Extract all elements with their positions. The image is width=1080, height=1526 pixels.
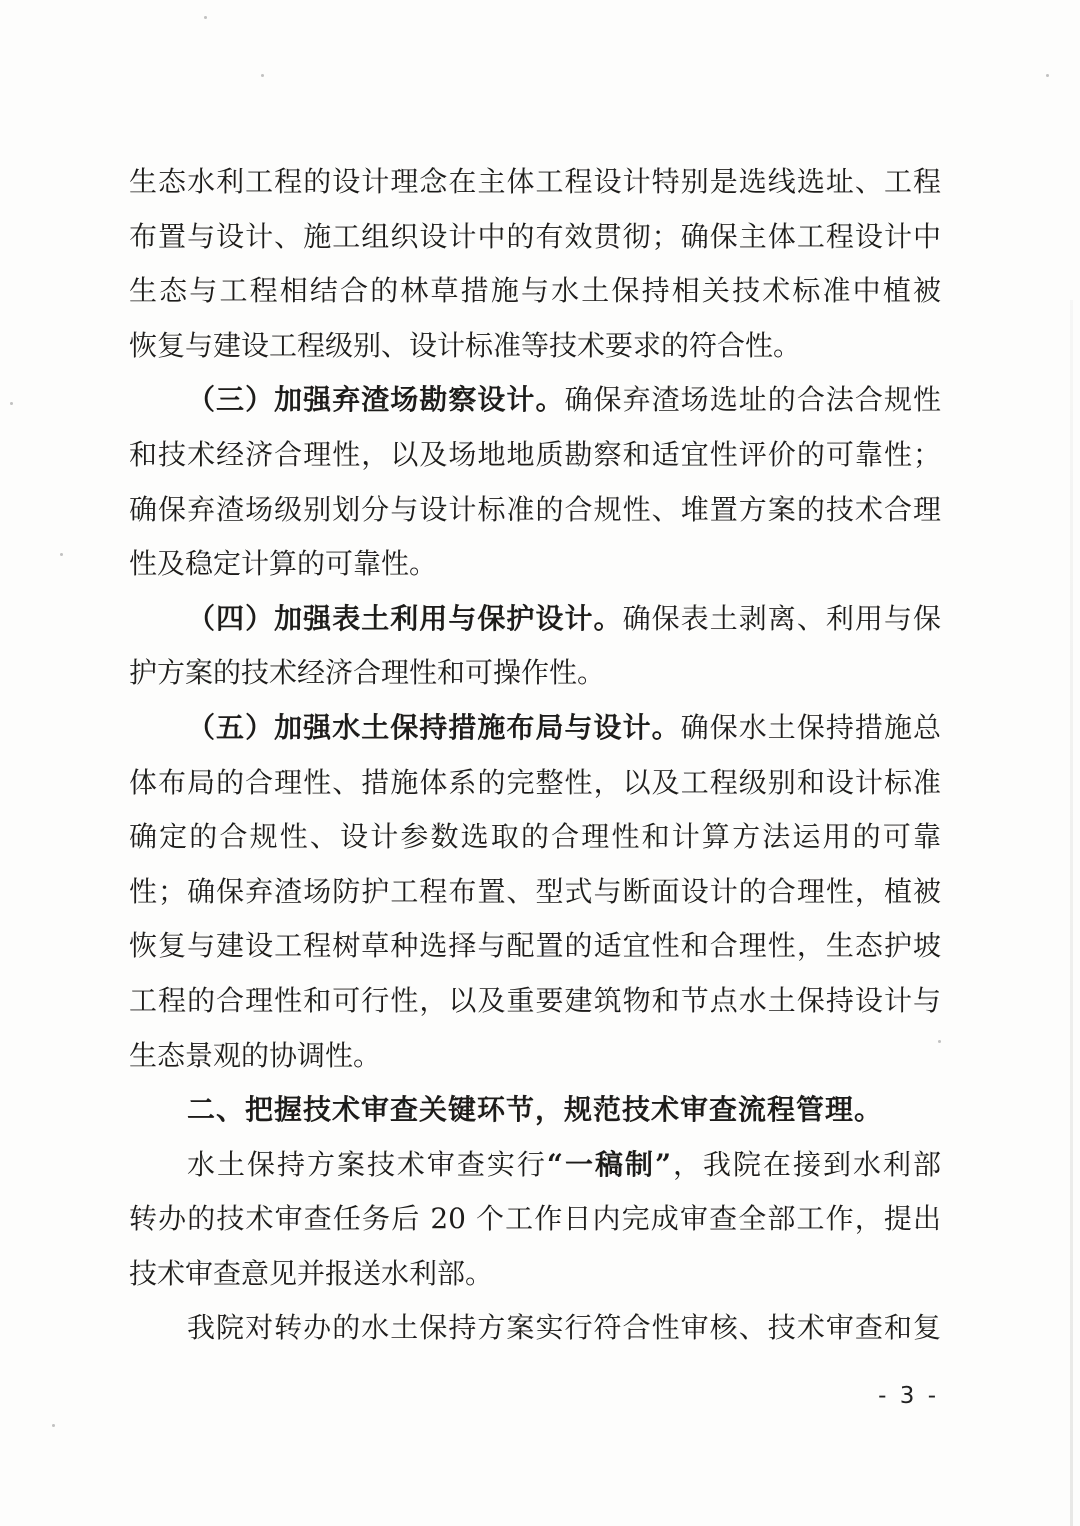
scan-speck — [204, 16, 207, 19]
text-segment: 确保表土剥离、利用与保 — [623, 602, 941, 635]
text-segment: 确定的合规性、设计参数选取的合理性和计算方法运用的可靠 — [129, 820, 941, 853]
scan-speck — [10, 402, 13, 405]
doc-line: 确保弃渣场级别划分与设计标准的合规性、堆置方案的技术合理 — [129, 483, 941, 538]
doc-line: 性及稳定计算的可靠性。 — [129, 537, 941, 592]
doc-line: （五）加强水土保持措施布局与设计。确保水土保持措施总 — [129, 701, 941, 756]
doc-line: 恢复与建设工程级别、设计标准等技术要求的符合性。 — [129, 319, 941, 374]
text-segment: 生态景观的协调性。 — [129, 1039, 381, 1072]
text-segment: 生态与工程相结合的林草措施与水土保持相关技术标准中植被 — [129, 274, 941, 307]
scan-speck — [1046, 74, 1049, 77]
heading-item-4: （四）加强表土利用与保护设计。 — [187, 602, 623, 635]
doc-line: 生态景观的协调性。 — [129, 1029, 941, 1084]
heading-item-3: （三）加强弃渣场勘察设计。 — [187, 383, 565, 416]
doc-line: 确定的合规性、设计参数选取的合理性和计算方法运用的可靠 — [129, 810, 941, 865]
text-segment: 护方案的技术经济合理性和可操作性。 — [129, 656, 605, 689]
text-segment: 确保弃渣场选址的合法合规性 — [565, 383, 941, 416]
doc-line: 和技术经济合理性，以及场地地质勘察和适宜性评价的可靠性； — [129, 428, 941, 483]
doc-line: （四）加强表土利用与保护设计。确保表土剥离、利用与保 — [129, 592, 941, 647]
doc-line: 技术审查意见并报送水利部。 — [129, 1247, 941, 1302]
doc-line: 二、把握技术审查关键环节，规范技术审查流程管理。 — [129, 1083, 941, 1138]
text-segment: 性；确保弃渣场防护工程布置、型式与断面设计的合理性，植被 — [129, 875, 941, 908]
scan-speck — [60, 553, 63, 556]
document-page: { "page": { "number": "- 3 -" }, "doc": … — [0, 0, 1080, 1526]
doc-line: 转办的技术审查任务后 20 个工作日内完成审查全部工作，提出 — [129, 1192, 941, 1247]
document-body: 生态水利工程的设计理念在主体工程设计特别是选线选址、工程 布置与设计、施工组织设… — [129, 155, 941, 1356]
text-segment: 布置与设计、施工组织设计中的有效贯彻；确保主体工程设计中 — [129, 220, 941, 253]
heading-item-5: （五）加强水土保持措施布局与设计。 — [187, 711, 681, 744]
text-segment: 生态水利工程的设计理念在主体工程设计特别是选线选址、工程 — [129, 165, 941, 198]
scan-speck — [938, 1040, 941, 1043]
doc-line: 我院对转办的水土保持方案实行符合性审核、技术审查和复 — [129, 1301, 941, 1356]
doc-line: 工程的合理性和可行性，以及重要建筑物和节点水土保持设计与 — [129, 974, 941, 1029]
heading-section-2: 二、把握技术审查关键环节，规范技术审查流程管理。 — [187, 1093, 883, 1126]
doc-line: 生态与工程相结合的林草措施与水土保持相关技术标准中植被 — [129, 264, 941, 319]
doc-line: 布置与设计、施工组织设计中的有效贯彻；确保主体工程设计中 — [129, 210, 941, 265]
text-segment: 恢复与建设工程树草种选择与配置的适宜性和合理性，生态护坡 — [129, 929, 941, 962]
page-number: - 3 - — [878, 1383, 939, 1409]
scan-speck — [52, 1424, 55, 1427]
text-segment: 水土保持方案技术审查实行 — [187, 1148, 547, 1181]
text-segment: 体布局的合理性、措施体系的完整性，以及工程级别和设计标准 — [129, 766, 941, 799]
doc-line: 护方案的技术经济合理性和可操作性。 — [129, 646, 941, 701]
doc-line: 生态水利工程的设计理念在主体工程设计特别是选线选址、工程 — [129, 155, 941, 210]
scan-speck — [261, 74, 264, 77]
doc-line: 水土保持方案技术审查实行“一稿制”，我院在接到水利部 — [129, 1138, 941, 1193]
term-yigaozhi: “一稿制” — [547, 1148, 671, 1181]
doc-line: 性；确保弃渣场防护工程布置、型式与断面设计的合理性，植被 — [129, 865, 941, 920]
text-segment: 工程的合理性和可行性，以及重要建筑物和节点水土保持设计与 — [129, 984, 941, 1017]
text-segment: ，我院在接到水利部 — [671, 1148, 941, 1181]
text-segment: 确保弃渣场级别划分与设计标准的合规性、堆置方案的技术合理 — [129, 493, 941, 526]
doc-line: 恢复与建设工程树草种选择与配置的适宜性和合理性，生态护坡 — [129, 919, 941, 974]
text-segment: 性及稳定计算的可靠性。 — [129, 547, 437, 580]
text-segment: 技术审查意见并报送水利部。 — [129, 1257, 493, 1290]
text-segment: 确保水土保持措施总 — [681, 711, 941, 744]
doc-line: 体布局的合理性、措施体系的完整性，以及工程级别和设计标准 — [129, 756, 941, 811]
text-segment: 恢复与建设工程级别、设计标准等技术要求的符合性。 — [129, 329, 801, 362]
doc-line: （三）加强弃渣场勘察设计。确保弃渣场选址的合法合规性 — [129, 373, 941, 428]
text-segment: 转办的技术审查任务后 20 个工作日内完成审查全部工作，提出 — [129, 1202, 941, 1235]
text-segment: 我院对转办的水土保持方案实行符合性审核、技术审查和复 — [187, 1311, 941, 1344]
text-segment: 和技术经济合理性，以及场地地质勘察和适宜性评价的可靠性； — [129, 438, 941, 471]
scan-page-edge-shadow — [1070, 300, 1073, 1526]
